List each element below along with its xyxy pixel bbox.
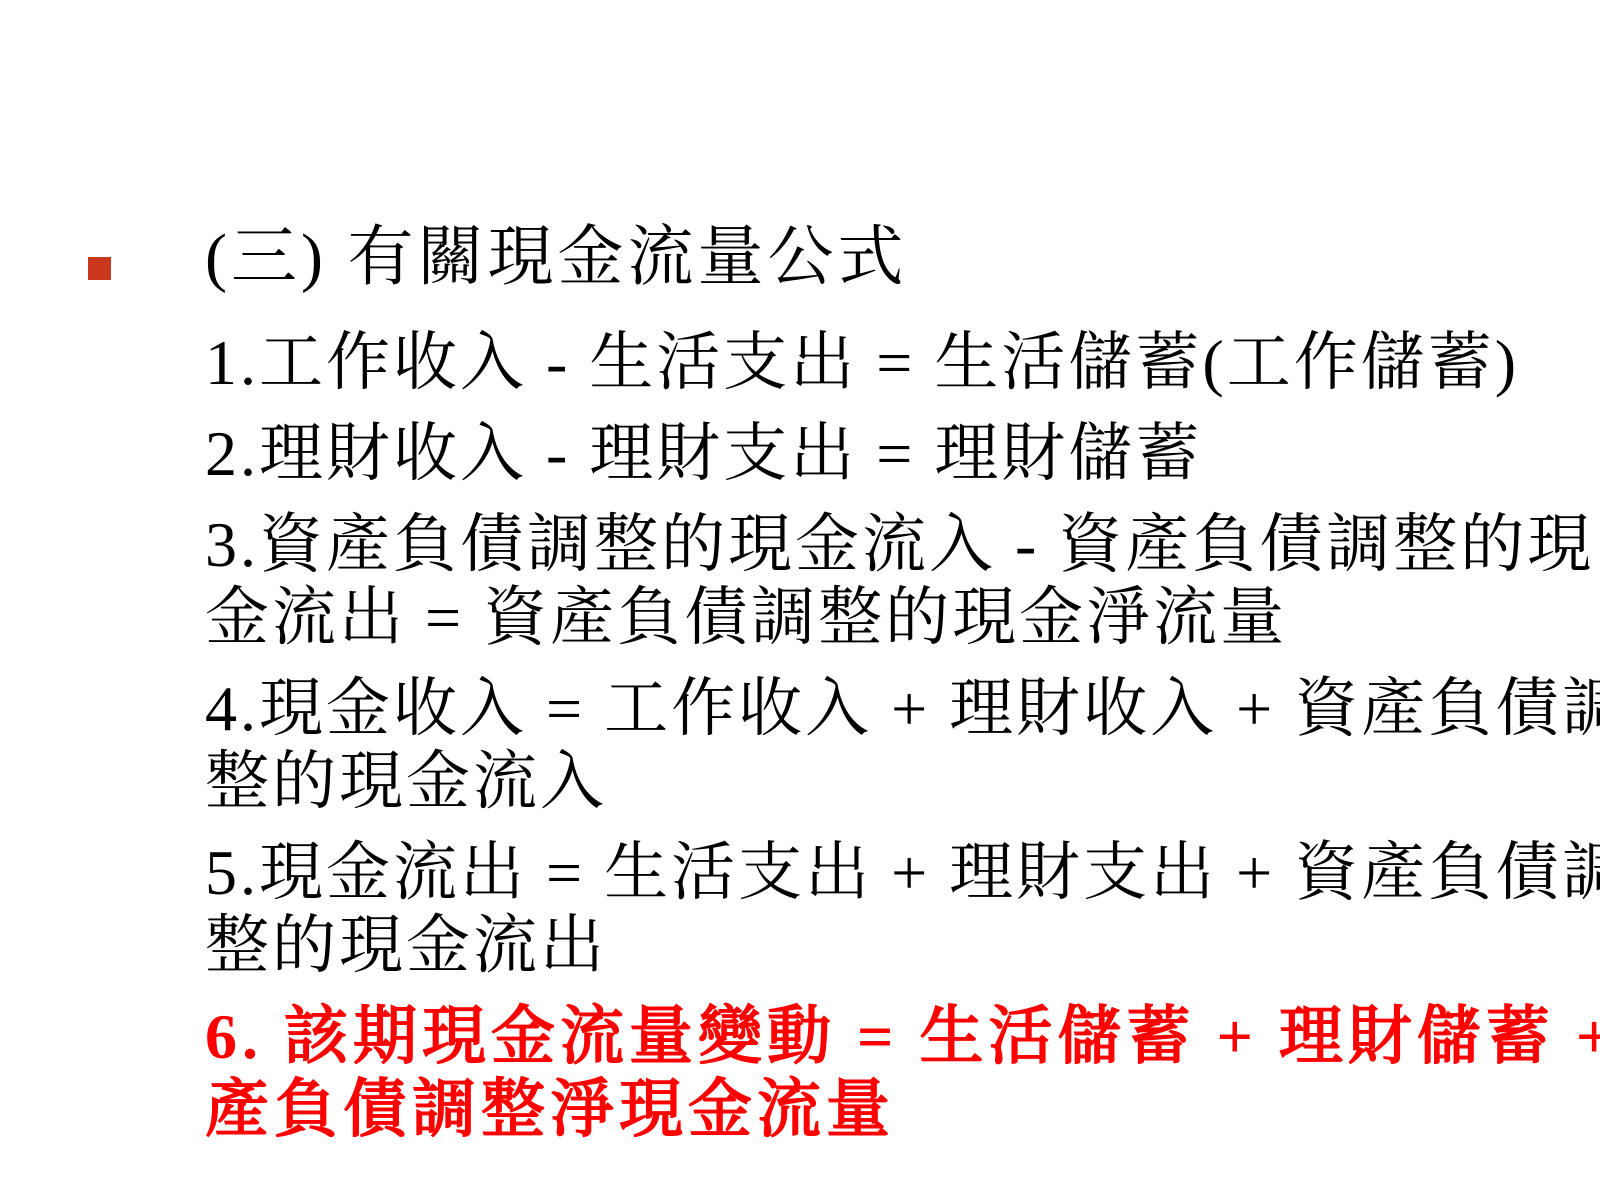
formula-line: 5.現金流出 = 生活支出 + 理財支出 + 資產負債調 [205, 836, 1545, 909]
slide: (三) 有關現金流量公式 1.工作收入 - 生活支出 = 生活儲蓄(工作儲蓄) … [0, 0, 1600, 1200]
formula-item-4: 4.現金收入 = 工作收入 + 理財收入 + 資產負債調 整的現金流入 [205, 672, 1545, 818]
formula-item-5: 5.現金流出 = 生活支出 + 理財支出 + 資產負債調 整的現金流出 [205, 836, 1545, 982]
formula-line: 3.資產負債調整的現金流入 - 資產負債調整的現 [205, 508, 1545, 581]
formula-item-3: 3.資產負債調整的現金流入 - 資產負債調整的現 金流出 = 資產負債調整的現金… [205, 508, 1545, 654]
formula-item-6-emphasis: 6. 該期現金流量變動 = 生活儲蓄 + 理財儲蓄 + 資 產負債調整淨現金流量 [205, 1000, 1545, 1146]
formula-line: 整的現金流出 [205, 909, 1545, 982]
bullet-square-icon [88, 257, 111, 280]
formula-line: 金流出 = 資產負債調整的現金淨流量 [205, 581, 1545, 654]
formula-item-1: 1.工作收入 - 生活支出 = 生活儲蓄(工作儲蓄) [205, 326, 1545, 399]
formula-item-2: 2.理財收入 - 理財支出 = 理財儲蓄 [205, 417, 1545, 490]
formula-line: 整的現金流入 [205, 745, 1545, 818]
formula-line: 4.現金收入 = 工作收入 + 理財收入 + 資產負債調 [205, 672, 1545, 745]
formula-line: 產負債調整淨現金流量 [205, 1073, 1545, 1146]
slide-content: (三) 有關現金流量公式 1.工作收入 - 生活支出 = 生活儲蓄(工作儲蓄) … [205, 218, 1545, 1164]
formula-line: 6. 該期現金流量變動 = 生活儲蓄 + 理財儲蓄 + 資 [205, 1000, 1545, 1073]
slide-title: (三) 有關現金流量公式 [205, 218, 1545, 298]
formula-line: 1.工作收入 - 生活支出 = 生活儲蓄(工作儲蓄) [205, 326, 1545, 399]
formula-line: 2.理財收入 - 理財支出 = 理財儲蓄 [205, 417, 1545, 490]
